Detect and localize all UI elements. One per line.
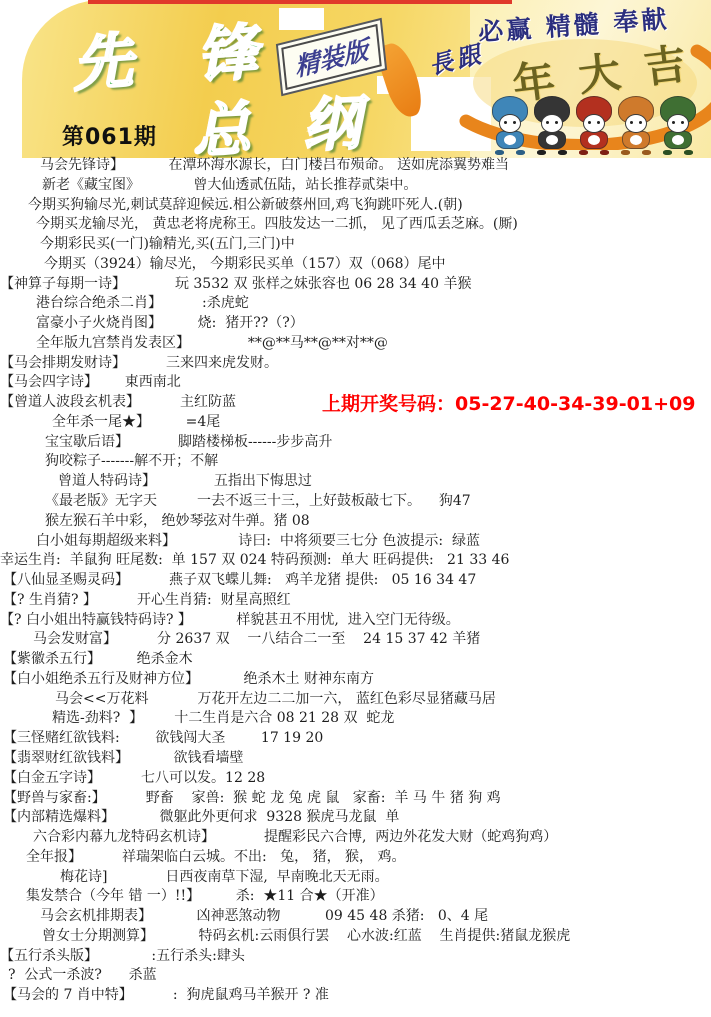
fuwa-mascot-orange-feet xyxy=(621,150,651,155)
text-line: 【? 生肖猜? 】 开心生肖猜: 财星高照红 xyxy=(0,591,711,611)
text-line: 白小姐每期超级来料】 诗曰: 中将须要三七分 色波提示: 绿蓝 xyxy=(0,532,711,552)
text-line: 今期彩民买(一门)输精光,买(五门,三门)中 xyxy=(0,235,711,255)
fuwa-mascot-black-body xyxy=(538,131,566,149)
text-line: 马会<<万花料 万花开左边二二加一六， 蓝红色彩尽显猪藏马居 xyxy=(0,690,711,710)
text-line: ? 公式一杀波? 杀蓝 xyxy=(0,966,711,986)
text-line: 【翡翠财红欲钱料】 欲钱看墙壁 xyxy=(0,749,711,769)
fuwa-mascot-green-feet xyxy=(663,150,693,155)
blank-patch xyxy=(279,8,324,30)
text-line: 【内部精选爆料】 微躯此外更何求 9328 猴虎马龙鼠 单 xyxy=(0,808,711,828)
text-line: 【野兽与家畜:】 野畜 家兽: 猴 蛇 龙 兔 虎 鼠 家畜: 羊 马 牛 猪 … xyxy=(0,789,711,809)
issue-number: 第061期 xyxy=(62,120,157,151)
text-line: 全年报】 祥瑞架临白云城。不出: 兔， 猪， 猴， 鸡。 xyxy=(0,848,711,868)
text-line: 今期买（3924）输尽光， 今期彩民买单（157）双（068）尾中 xyxy=(0,255,711,275)
text-line: 【? 白小姐出特赢钱特码诗? 】 样貌甚丑不用忧, 进入空门无待级。 xyxy=(0,611,711,631)
text-line: 集发禁合（今年 错 一）!!】 杀: ★11 合★（开准） xyxy=(0,887,711,907)
body-lines: 马会先锋诗】 在潭环海水源长，白门楼吕布殒命。 送如虎添翼势难当新老《藏宝图》 … xyxy=(0,156,711,1006)
text-line: 【五行杀头版】 :五行杀头:肆头 xyxy=(0,947,711,967)
text-line: 精选-劲料? 】 十二生肖是六合 08 21 28 双 蛇龙 xyxy=(0,709,711,729)
fuwa-mascot-blue-body xyxy=(496,131,524,149)
text-line: 曾道人特码诗】 五指出下悔思过 xyxy=(0,472,711,492)
masthead-title-line2: 总 纲 xyxy=(190,75,378,169)
fuwa-mascot-black-feet xyxy=(537,150,567,155)
fuwa-mascot-green-face xyxy=(667,114,689,133)
text-line: 全年版九宫禁肖发表区】 **@**马**@**对**@ xyxy=(0,334,711,354)
fuwa-mascot-blue xyxy=(492,96,528,154)
text-line: 【紫徽杀五行】 绝杀金木 xyxy=(0,650,711,670)
header-banner: 先 锋 总 纲 精装版 長跟 必赢 精髓 奉献 年大吉 第061期 xyxy=(0,0,711,158)
text-line: 宝宝歇后语】 脚踏楼梯板------步步高升 xyxy=(0,433,711,453)
text-line: 马会玄机排期表】 凶神恶煞动物 09 45 48 杀猪: 0、4 尾 xyxy=(0,907,711,927)
fuwa-mascot-blue-face xyxy=(499,114,521,133)
fuwa-mascot-blue-feet xyxy=(495,150,525,155)
text-line: 富豪小子火烧肖图】 烧: 猪开??（?） xyxy=(0,314,711,334)
fuwa-mascot-black xyxy=(534,96,570,154)
fuwa-mascot-orange-face xyxy=(625,114,647,133)
text-line: 今期买狗输尽光,刺试莫辞迎候远.相公新破蔡州回,鸡飞狗跳吓死人.(朝) xyxy=(0,196,711,216)
text-line: 新老《藏宝图》 曾大仙透贰伍陆，站长推荐贰柒中。 xyxy=(0,176,711,196)
fuwa-mascot-green-body xyxy=(664,131,692,149)
text-line: 港台综合绝杀二肖】 :杀虎蛇 xyxy=(0,294,711,314)
text-line: 《最老版》无字天 一去不返三十三，上好鼓板敲七下。 狗47 xyxy=(0,492,711,512)
fuwa-mascot-green xyxy=(660,96,696,154)
text-line: 狗咬粽子-------解不开；不解 xyxy=(0,452,711,472)
fuwa-mascot-black-face xyxy=(541,114,563,133)
text-line: 猴左猴石羊中彩， 绝妙琴弦对牛弹。猪 08 xyxy=(0,512,711,532)
text-line: 【白金五字诗】 七八可以发。12 28 xyxy=(0,769,711,789)
text-line: 曾女士分期测算】 特码玄机:云雨俱行罢 心水波:红蓝 生肖提供:猪鼠龙猴虎 xyxy=(0,927,711,947)
fuwa-mascot-orange xyxy=(618,96,654,154)
text-line: 【马会的 7 肖中特】 : 狗虎鼠鸡马羊猴开 ? 准 xyxy=(0,986,711,1006)
fuwa-mascot-red-face xyxy=(583,114,605,133)
fuwa-mascot-red-feet xyxy=(579,150,609,155)
top-red-line xyxy=(88,0,512,4)
fuwa-mascot-red-body xyxy=(580,131,608,149)
text-line: 【白小姐绝杀五行及财神方位】 绝杀木土 财神东南方 xyxy=(0,670,711,690)
text-line: 梅花诗] 日西夜南草下湿, 早南晚北天无雨。 xyxy=(0,868,711,888)
last-draw-result: 上期开奖号码：05-27-40-34-39-01+09 xyxy=(322,389,695,416)
text-line: 今期买龙输尽光， 黄忠老将虎称王。四肢发达一二抓， 见了西瓜丢芝麻。(厮) xyxy=(0,215,711,235)
text-line: 【三怪赌红欲钱料: 欲钱闯大圣 17 19 20 xyxy=(0,729,711,749)
text-line: 马会发财富】 分 2637 双 一八结合二一至 24 15 37 42 羊猪 xyxy=(0,630,711,650)
text-line: 【马会排期发财诗】 三来四来虎发财。 xyxy=(0,354,711,374)
fuwa-mascot-red xyxy=(576,96,612,154)
text-line: 【神算子每期一诗】 玩 3532 双 张样之妹张容也 06 28 34 40 羊… xyxy=(0,275,711,295)
text-line: 【八仙显圣赐灵码】 燕子双飞蝶儿舞: 鸡羊龙猪 提供: 05 16 34 47 xyxy=(0,571,711,591)
text-line: 幸运生肖: 羊鼠狗 旺尾数: 单 157 双 024 特码预测: 单大 旺码提供… xyxy=(0,551,711,571)
text-line: 六合彩内幕九龙特码玄机诗】 提醒彩民六合博, 两边外花发大财（蛇鸡狗鸡） xyxy=(0,828,711,848)
fuwa-mascot-orange-body xyxy=(622,131,650,149)
mascots-row xyxy=(492,96,704,156)
